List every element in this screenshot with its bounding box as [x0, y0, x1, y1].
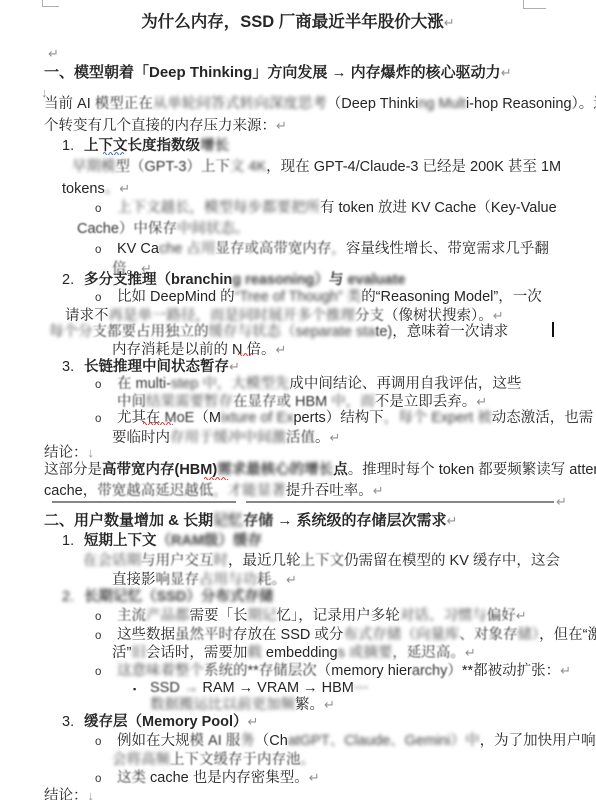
formatting-mark: ↵ [229, 359, 240, 374]
text-segment: 缓存层（Memory Pool） [84, 714, 248, 730]
text-segment: 模 AI 服 [190, 733, 241, 749]
text-segment: 支都要占用独立的 [93, 324, 209, 340]
text-segment: 活” [112, 645, 131, 661]
text-segment: KV Ca [117, 241, 159, 257]
text-segment: Cache）中保存 [77, 221, 177, 237]
document-line: 活”旧会话时，需要加载 embeddings 或摘要，延迟高。↵ [112, 643, 476, 663]
text-segment: 直接影 [112, 572, 156, 588]
text-segment: 会将高频 [112, 752, 170, 768]
document-line: 个转变有几个直接的内存压力来源：↵ [44, 116, 287, 136]
formatting-mark: ↓ [88, 788, 95, 800]
text-segment: 点 [333, 462, 348, 478]
text-segment: （Ch [255, 733, 288, 749]
text-segment: ，才能显著 [213, 483, 286, 499]
text-segment: 对话、习惯与 [400, 608, 487, 624]
text-segment: → [180, 680, 203, 696]
list-number: 1. [62, 532, 84, 551]
text-segment: SSD [150, 680, 180, 696]
document-line: o这类 cache 也是内存密集型。↵ [95, 768, 320, 789]
text-segment: 动态激活，也需 [492, 410, 594, 426]
text-segment: 结果需要暂存 [146, 394, 233, 410]
formatting-mark: ↓ [88, 445, 95, 460]
text-segment: ，最近几轮 [228, 553, 301, 569]
document-line: tokens。↵ [62, 179, 130, 199]
text-boundary-crop-mark [42, 0, 59, 7]
text-segment: 这部分是 [44, 462, 102, 478]
document-line: o主流产品都需要「长期记忆」，记录用户多轮对话、习惯与偏好↵ [95, 606, 527, 627]
text-segment: 有 token 放进 KV Cache（Key-Value [320, 200, 557, 216]
text-segment: 存放在 SSD 或分 [233, 627, 343, 643]
formatting-mark: ↵ [248, 714, 259, 729]
text-segment: 需求最核心的增长 [217, 462, 333, 478]
text-segment: 的“Reasoning Model”，一次 [361, 289, 542, 305]
text-segment: 忆」，记录用户多轮 [277, 608, 400, 624]
bullet-marker: o [95, 376, 117, 395]
text-segment: g reasoning） [232, 272, 329, 288]
text-segment: cache， [44, 483, 97, 499]
text-boundary-crop-mark [523, 0, 546, 9]
document-page[interactable]: 为什么内存，SSD 厂商最近半年股价大涨 为什么内存，SSD 厂商最近半年股价大… [0, 0, 596, 800]
text-segment: 二、用户数量增加 & 长期 [44, 512, 213, 529]
text-segment: 中间状态。 [177, 221, 250, 237]
text-segment: perts）结构下 [293, 410, 383, 426]
document-line: o上下文越长，模型每步都要把所有 token 放进 KV Cache（Key-V… [95, 199, 557, 219]
text-segment: atGPT、Claude、Gemini）中 [288, 733, 480, 749]
document-line: Cache）中保存中间状态。 [77, 220, 249, 239]
horizontal-divider [246, 501, 554, 503]
document-line: 3.长链推理中间状态暂存↵ [62, 357, 240, 377]
text-segment: i-hop Reasoning）。这 [466, 96, 596, 112]
text-segment: 结论： [44, 445, 88, 461]
text-segment: 再是单一路径，而是同时展开多个推理 [109, 308, 356, 324]
text-segment: embedding [266, 645, 338, 661]
document-line: 当前 AI 模型正在从单轮问答式转向深度思考（Deep Thinking Mul… [44, 95, 596, 114]
formatting-mark: ↵ [476, 394, 487, 409]
text-segment: 、对象存 [459, 627, 517, 643]
text-segment: ，为了加快用户响应， [480, 733, 596, 749]
text-segment: （像树状搜索）。 [384, 308, 493, 324]
text-segment: step 中，大模型先 [171, 376, 289, 392]
text-segment: 提升吞吐率。 [286, 483, 373, 499]
text-segment: 成中间结论、再调用自我评估，这些 [289, 376, 521, 392]
text-cursor [552, 322, 554, 337]
formatting-mark: ↵ [465, 645, 476, 660]
text-segment: 需要「长 [190, 608, 248, 624]
text-segment: 布式存储（向量库 [343, 627, 459, 643]
text-segment: s 或摘要 [338, 645, 393, 661]
formatting-mark: ↵ [501, 65, 512, 80]
text-segment: che 占用 [159, 241, 215, 257]
text-segment: 。 [315, 430, 330, 446]
formatting-mark: ↵ [309, 770, 320, 785]
text-segment: ，意味着一次请求 [392, 324, 508, 340]
text-segment: 这些数据 [117, 627, 175, 643]
text-segment: 带宽越高延迟越低 [97, 483, 213, 499]
text-segment: 上下文越长，模型每步都要把所 [117, 200, 320, 216]
document-line: 要临时内存用于缓冲中间激活值。↵ [112, 428, 340, 448]
formatting-mark: ↵ [48, 46, 59, 61]
list-number: 2. [62, 271, 84, 290]
document-line: 结论：↓ [44, 786, 94, 800]
document-line: 这部分是高带宽内存(HBM)需求最核心的增长点。推理时每个 token 都要频繁… [44, 461, 596, 480]
spellcheck-squiggle-blue [103, 151, 125, 155]
text-segment: 耗。 [257, 572, 286, 588]
text-segment: 短期上下文 [84, 533, 157, 549]
list-number: 2. [62, 588, 84, 607]
document-line: o尤其在 MoE（Mixture of Experts）结构下，每个 Exper… [95, 409, 593, 429]
bullet-marker: o [95, 770, 117, 789]
text-segment: 载 [247, 645, 266, 661]
text-segment: 一、模型朝着「Deep Thinking」方向发展 → 内存爆炸的核心驱动力 [44, 64, 501, 81]
document-line: cache，带宽越高延迟越低，才能显著提升吞吐率。↵ [44, 481, 384, 501]
text-segment: 比如 DeepMind 的 [117, 289, 235, 305]
document-line: o例如在大规模 AI 服务（ChatGPT、Claude、Gemini）中，为了… [95, 732, 596, 752]
text-segment: ， [331, 241, 346, 257]
bullet-marker: o [95, 663, 117, 682]
formatting-mark: ↵ [516, 608, 527, 623]
text-segment: 容量线性增长、带宽需求几乎翻 [346, 241, 549, 257]
text-segment: 个转变有几个直接的内存压力来源： [44, 118, 276, 134]
document-line: 直接影响显存占用与功耗。↵ [112, 570, 297, 590]
text-segment: 这意味着整个 [117, 663, 204, 679]
text-segment: 偏好 [487, 608, 516, 624]
text-segment: archy） [412, 663, 462, 679]
formatting-mark: ↵ [330, 430, 341, 445]
bullet-marker: o [95, 200, 117, 219]
text-segment: 主流 [117, 608, 146, 624]
text-segment: te) [375, 324, 392, 340]
text-segment: cache 也是内存密集型。 [146, 770, 309, 786]
text-segment: 例如在大规 [117, 733, 190, 749]
text-segment: 占用与功 [199, 572, 257, 588]
text-segment: 为什么内存，SSD 厂商最近半年股价大涨 [141, 13, 444, 31]
text-segment: 记忆 [213, 512, 243, 529]
document-line: 2.长期记忆（SSD）分布式存储 [62, 588, 273, 607]
text-segment: 数据搬运比以前更加频 [150, 697, 295, 713]
horizontal-divider [52, 501, 236, 503]
spellcheck-squiggle-red [238, 352, 254, 356]
text-segment: 期记 [248, 608, 277, 624]
text-segment: 高带宽内存(HBM) [102, 462, 217, 478]
text-segment: 缓存与状态（separate sta [209, 324, 376, 340]
text-segment: 在 multi- [117, 376, 171, 392]
text-segment: 存储 [243, 512, 273, 529]
text-segment: （RAM级）缓存 [157, 533, 263, 549]
text-segment: 上下文 [301, 553, 345, 569]
text-segment: 系统的**存储层次 [204, 663, 317, 679]
text-segment: 显存或高带宽内存 [215, 241, 331, 257]
text-segment: “Tree of Though” 类 [235, 289, 362, 305]
text-segment: tokens [62, 181, 105, 197]
document-line: 3.缓存层（Memory Pool）↵ [62, 712, 258, 732]
text-segment: ，每个 Expert 被 [384, 410, 492, 426]
text-segment: 上下文长度指数级 [84, 138, 200, 154]
text-segment: 在会话期 [83, 553, 141, 569]
formatting-mark: ↵ [373, 483, 384, 498]
document-line: 在会话期与用户交互时，最近几轮上下文仍需留在模型的 KV 缓存中，这会 [83, 552, 560, 571]
text-segment: （Deep Thinki [327, 96, 419, 112]
text-segment: 从单轮问答式转向深度思考 [153, 96, 327, 112]
text-segment: 与 [329, 272, 348, 288]
document-title: 为什么内存，SSD 厂商最近半年股价大涨↵ [0, 13, 596, 33]
text-segment: 不是立即丢弃。 [375, 394, 477, 410]
text-segment: 在显存或 HBM [233, 394, 331, 410]
text-segment: 。 [301, 752, 316, 768]
text-segment: 中间 [117, 394, 146, 410]
text-segment: 活值 [286, 430, 315, 446]
text-segment: 每个分 [49, 324, 93, 340]
text-segment: （memory hier [317, 663, 412, 679]
text-segment: 繁。 [295, 697, 324, 713]
formatting-mark: ↵ [119, 181, 130, 196]
text-segment: 响显存 [156, 572, 200, 588]
document-line: o比如 DeepMind 的“Tree of Though” 类的“Reason… [95, 288, 542, 308]
document-line: 结论：↓ [44, 443, 94, 463]
section-heading-2: 二、用户数量增加 & 长期记忆存储 → 系统级的存储层次需求↵ [44, 511, 457, 531]
list-number: 3. [62, 358, 84, 377]
text-segment: evaluate [347, 272, 405, 288]
text-segment: ng Mult [418, 96, 466, 112]
text-segment: 仍需留在模型的 KV 缓存中，这会 [344, 553, 560, 569]
text-segment: 增长 [200, 138, 229, 154]
text-segment: 分支 [355, 308, 384, 324]
text-segment: 型（GPT-3）上下 [116, 159, 230, 175]
formatting-mark: ↵ [560, 663, 571, 678]
text-segment: 长链推理中间状态暂存 [84, 359, 229, 375]
list-number: 1. [62, 137, 84, 156]
document-line: 1.短期上下文（RAM级）缓存 [62, 532, 262, 551]
text-segment: ，延迟高。 [392, 645, 465, 661]
text-segment: 时 [214, 553, 229, 569]
sub-bullet-marker: ▪ [133, 680, 150, 699]
document-line: 早期模型（GPT-3）上下文 4K，现在 GPT-4/Claude-3 已经是 … [72, 158, 561, 177]
text-segment: 多分支推理（branchin [84, 272, 232, 288]
formatting-mark: ↵ [444, 15, 455, 30]
text-segment: 储） [517, 627, 539, 643]
text-segment: 上下文缓存于内存池 [170, 752, 301, 768]
text-segment: （M [194, 410, 221, 426]
text-segment: 这类 [117, 770, 146, 786]
text-segment: 当前 AI [44, 96, 95, 112]
formatting-mark: ↵ [324, 697, 335, 712]
document-line: 1.上下文长度指数级增长 [62, 137, 229, 156]
spellcheck-squiggle-red [143, 421, 173, 425]
bullet-marker: o [95, 733, 117, 752]
text-segment: 文 4K [230, 159, 266, 175]
text-segment: 产品都 [146, 608, 190, 624]
bullet-marker: o [95, 241, 117, 260]
formatting-mark: ↵ [556, 492, 567, 512]
text-segment: 模型正在 [95, 96, 153, 112]
text-segment: 早期模 [72, 159, 116, 175]
text-segment: 。推理时每个 token 都要频繁读写 attention [348, 462, 596, 478]
text-segment: 要临时内 [112, 430, 170, 446]
text-segment: 旧 [131, 645, 146, 661]
text-segment: 结论： [44, 788, 88, 800]
text-segment: 。 [105, 181, 120, 197]
formatting-mark: ↵ [493, 308, 504, 323]
text-segment: ⋯ [354, 680, 369, 696]
text-segment: 务 [240, 733, 255, 749]
text-segment: ，但在“激 [539, 627, 596, 643]
text-segment: 中，而 [331, 394, 375, 410]
text-segment: 存用于缓冲中间激 [170, 430, 286, 446]
bullet-marker: o [95, 608, 117, 627]
document-line: ↵ [48, 44, 59, 64]
text-segment: ixture of Ex [221, 410, 294, 426]
document-line: oKV Cache 占用显存或高带宽内存，容量线性增长、带宽需求几乎翻 [95, 240, 549, 260]
list-number: 3. [62, 713, 84, 732]
formatting-mark: ↵ [276, 118, 287, 133]
bullet-marker: o [95, 410, 117, 429]
text-segment: 长期记忆（SSD）分布式存储 [84, 589, 273, 605]
text-segment: 虽然平时 [175, 627, 233, 643]
text-segment: → 系统级的存储层次需求 [273, 512, 446, 529]
section-heading-1: 一、模型朝着「Deep Thinking」方向发展 → 内存爆炸的核心驱动力↵ [44, 63, 512, 83]
text-segment: RAM → VRAM → HBM [202, 680, 353, 696]
text-segment: 请求不 [65, 308, 109, 324]
spellcheck-squiggle-red [204, 476, 230, 480]
text-segment: 会话时，需要加 [146, 645, 248, 661]
text-segment: 与用户交互 [141, 553, 214, 569]
text-segment: ，现在 GPT-4/Claude-3 已经是 200K 甚至 1M [266, 159, 561, 175]
formatting-mark: ↵ [276, 342, 287, 357]
formatting-mark: ↵ [286, 572, 297, 587]
formatting-mark: ↵ [447, 513, 458, 528]
text-segment: **都被动扩张： [462, 663, 560, 679]
